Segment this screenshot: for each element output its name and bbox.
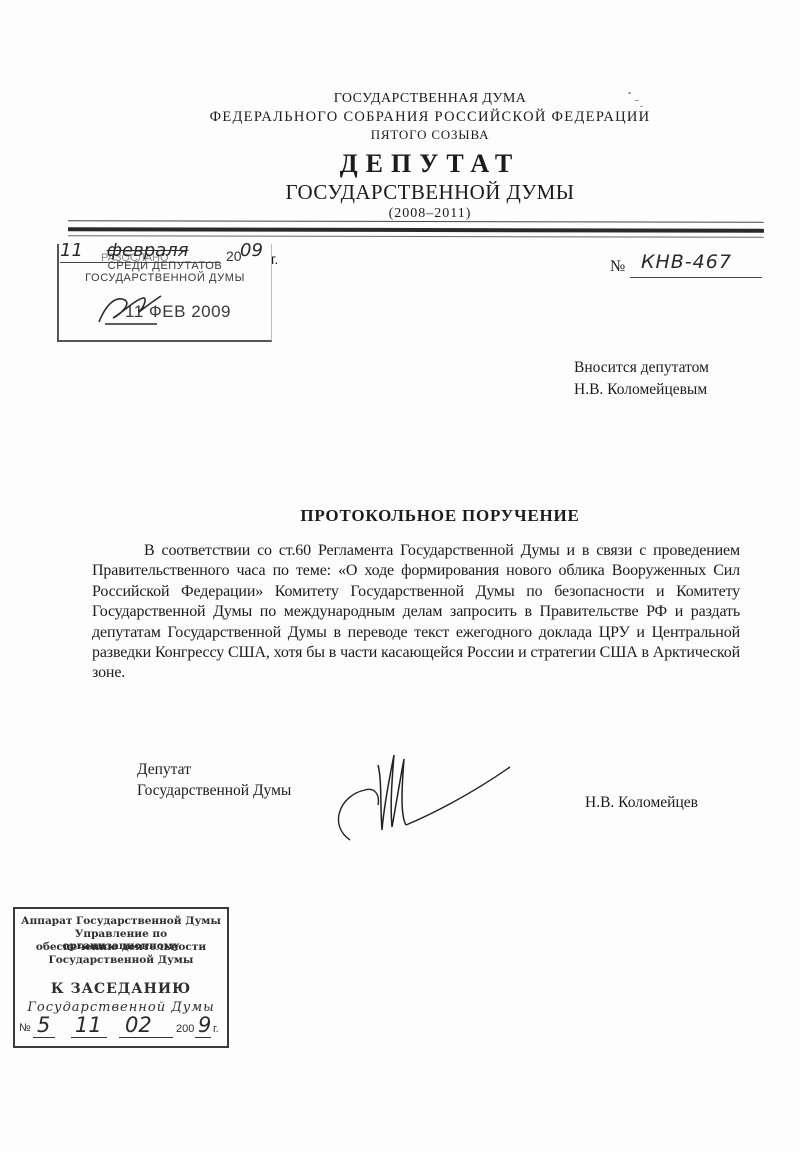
letterhead-rule-thick — [68, 227, 764, 232]
signature-position-line2: Государственной Думы — [137, 780, 291, 801]
letterhead-years: (2008–2011) — [150, 206, 710, 222]
signature-position-line1: Депутат — [137, 759, 291, 780]
scan-speck — [628, 92, 631, 94]
meeting-stamp-underline — [119, 1037, 173, 1038]
letterhead-title: ДЕПУТАТ — [150, 149, 710, 179]
stamp-state-duma: ГОСУДАРСТВЕННОЙ ДУМЫ — [59, 272, 271, 284]
meeting-stamp-number-label: № — [19, 1022, 31, 1034]
meeting-stamp-year-prefix: 200 — [176, 1023, 194, 1035]
introduced-by-line1: Вносится депутатом — [574, 357, 709, 379]
letterhead-rule-bottom — [68, 235, 764, 237]
date-day-month-handwritten: 11 февраля — [60, 240, 189, 261]
meeting-stamp-duma: Государственной Думы — [15, 954, 227, 966]
introduced-by-line2: Н.В. Коломейцевым — [574, 379, 709, 401]
meeting-stamp-underline — [33, 1037, 55, 1038]
meeting-stamp-support: обеспечению деятельности — [15, 941, 227, 953]
document-number-underline — [630, 277, 762, 278]
meeting-stamp-day: 5 — [37, 1013, 50, 1037]
letterhead-subtitle: ГОСУДАРСТВЕННОЙ ДУМЫ — [150, 180, 710, 205]
initials-scribble-icon — [95, 292, 165, 328]
handwritten-signature-icon — [320, 745, 520, 855]
letterhead-line-duma: ГОСУДАРСТВЕННАЯ ДУМА — [150, 91, 710, 107]
document-body: В соответствии со ст.60 Регламента Госуд… — [92, 541, 740, 684]
meeting-stamp-underline — [71, 1037, 107, 1038]
date-day: 11 — [60, 240, 83, 261]
letterhead-line-convocation: ПЯТОГО СОЗЫВА — [150, 127, 710, 143]
scan-speck — [640, 106, 643, 107]
meeting-stamp-heading: К ЗАСЕДАНИЮ — [15, 981, 227, 997]
meeting-stamp-year-suffix: г. — [213, 1023, 219, 1035]
meeting-stamp-apparatus: Аппарат Государственной Думы — [15, 915, 227, 927]
introduced-by-block: Вносится депутатом Н.В. Коломейцевым — [574, 357, 709, 401]
meeting-stamp-month: 02 — [125, 1013, 152, 1037]
document-title: ПРОТОКОЛЬНОЕ ПОРУЧЕНИЕ — [0, 506, 800, 526]
signature-position: Депутат Государственной Думы — [137, 759, 291, 801]
meeting-stamp-underline — [195, 1037, 211, 1038]
signatory-name: Н.В. Коломейцев — [585, 794, 698, 812]
date-underline — [60, 262, 220, 263]
document-number-label: № — [610, 258, 625, 276]
date-year-handwritten: 09 — [240, 240, 263, 261]
meeting-stamp-year-digit: 9 — [198, 1013, 211, 1037]
scan-speck — [635, 100, 639, 101]
meeting-stamp: Аппарат Государственной Думы Управление … — [13, 907, 229, 1048]
date-year-suffix: г. — [271, 251, 278, 267]
meeting-stamp-day2: 11 — [75, 1013, 102, 1037]
date-month: февраля — [107, 240, 189, 261]
document-number-value: КНВ-467 — [641, 251, 732, 273]
letterhead-line-federal-assembly: ФЕДЕРАЛЬНОГО СОБРАНИЯ РОССИЙСКОЙ ФЕДЕРАЦ… — [140, 109, 720, 126]
